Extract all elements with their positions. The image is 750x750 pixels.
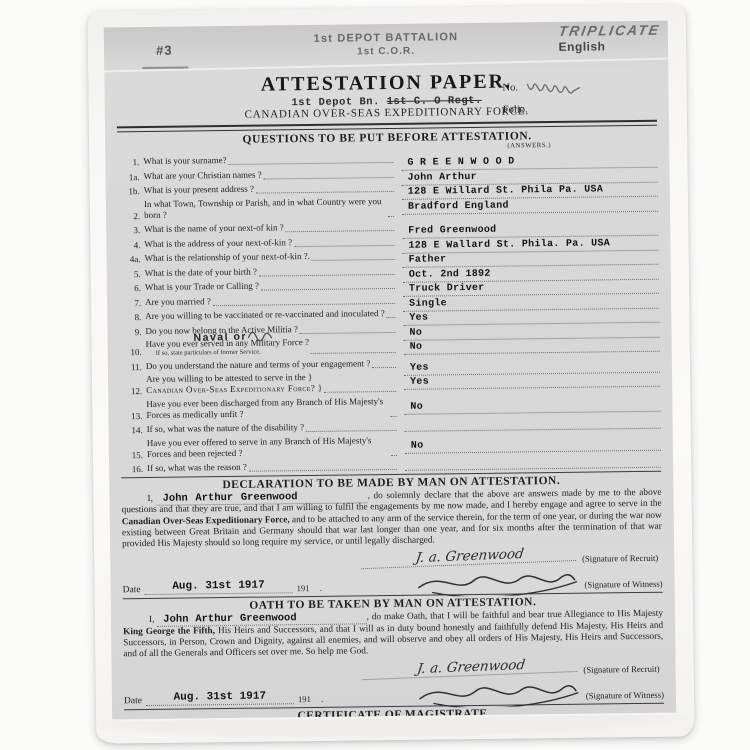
dotted-leader xyxy=(311,350,396,354)
answer-text: Bradford England xyxy=(408,200,509,212)
question-text: In what Town, Township or Parish, and in… xyxy=(144,196,386,221)
typed-date: Aug. 31st 1917 xyxy=(172,580,265,593)
question-number: 1. xyxy=(117,157,143,167)
question-number: 14. xyxy=(121,425,147,435)
dotted-leader xyxy=(391,452,397,455)
question-text-line: What is your surname? xyxy=(143,155,226,166)
question-text: Have you ever served in any Military For… xyxy=(146,337,310,357)
question-text: If so, what was the nature of the disabi… xyxy=(147,422,305,435)
dotted-leader xyxy=(286,228,395,232)
answer-field xyxy=(405,456,661,471)
question-text-line: Are you willing to be vaccinated or re-v… xyxy=(145,308,385,321)
question-text: What is your surname? xyxy=(143,155,226,167)
question-row: 12.Are you willing to be attested to ser… xyxy=(120,368,660,397)
question-text: Are you willing to be attested to serve … xyxy=(146,372,323,396)
question-row: 13.Have you ever been discharged from an… xyxy=(120,392,660,421)
question-text-line: What is the date of your birth ? xyxy=(145,266,257,277)
answer-text: No xyxy=(410,342,423,353)
number-line: No. xyxy=(502,79,652,95)
dotted-leader xyxy=(259,271,395,276)
question-number: 16. xyxy=(121,464,147,474)
question-number: 11. xyxy=(120,361,146,371)
question-text: Are you willing to be vaccinated or re-v… xyxy=(145,308,385,322)
declaration-paragraph: I, John Arthur Greenwood, do solemnly de… xyxy=(121,488,662,551)
question-text: What are your Christian names ? xyxy=(143,169,261,181)
date-field: Aug. 31st 1917 xyxy=(144,575,292,596)
date-label: Date xyxy=(123,586,141,596)
recruit-signature-label: (Signature of Recruit) xyxy=(583,663,659,674)
witness-signature xyxy=(410,567,580,597)
question-number: 5. xyxy=(119,269,145,279)
question-number: 9. xyxy=(119,326,145,336)
typed-date: Aug. 31st 1917 xyxy=(174,690,267,703)
language-stamp: English xyxy=(559,39,661,54)
dotted-leader xyxy=(306,428,397,432)
year-stub: 191 . xyxy=(298,694,323,704)
number-scribble xyxy=(524,79,594,94)
answer-text: No xyxy=(410,401,423,412)
answer-field: No xyxy=(405,431,661,453)
question-text: What is the name of your next-of kin ? xyxy=(144,222,284,235)
question-number: 4. xyxy=(118,240,144,250)
triplicate-stamp: TRIPLICATE xyxy=(557,22,661,39)
question-number: 15. xyxy=(121,449,147,459)
folio-label: Folio. xyxy=(503,103,653,116)
answer-field xyxy=(405,417,661,432)
dotted-leader xyxy=(256,189,394,194)
answer-field: No xyxy=(404,333,660,355)
question-text-line: What is your Trade or Calling ? xyxy=(145,281,259,292)
answer-field: No xyxy=(404,392,660,414)
header-stamps: #3 1st DEPOT BATTALION 1st C.O.R. TRIPLI… xyxy=(116,25,656,74)
dotted-leader xyxy=(264,174,394,179)
declaration-date-row: Date Aug. 31st 1917 191 . (Signature of … xyxy=(122,566,662,596)
question-number: 10. xyxy=(120,347,146,357)
question-text: What is the relationship of your next-of… xyxy=(145,251,311,264)
dotted-leader xyxy=(249,467,397,472)
question-number: 6. xyxy=(119,283,145,293)
pen-dash xyxy=(142,66,188,69)
witness-signature xyxy=(412,677,582,707)
question-number: 12. xyxy=(120,386,146,396)
question-text-line2: Canadian Over-Seas Expeditionary Force? … xyxy=(146,383,323,396)
question-text: Do you understand the nature and terms o… xyxy=(146,358,371,372)
question-number: 8. xyxy=(119,312,145,322)
dotted-leader xyxy=(213,300,395,305)
dotted-leader xyxy=(294,242,394,246)
question-text: Are you married ? xyxy=(145,296,211,308)
question-text: What is your present address ? xyxy=(144,184,254,196)
question-row: 2.In what Town, Township or Parish, and … xyxy=(118,192,658,221)
photo-scene: #3 1st DEPOT BATTALION 1st C.O.R. TRIPLI… xyxy=(0,0,750,750)
question-number: 1a. xyxy=(118,172,144,182)
question-text-line: What is the address of your next-of-kin … xyxy=(144,237,292,249)
question-text: What is the date of your birth ? xyxy=(145,266,257,278)
question-text-line: Are you willing to be attested to serve … xyxy=(146,372,312,384)
question-number: 1b. xyxy=(118,186,144,196)
question-text-line: Are you married ? xyxy=(145,296,211,307)
question-text-line: What is the name of your next-of kin ? xyxy=(144,222,284,234)
oath-body-bold: King George the Fifth, xyxy=(123,626,215,637)
witness-signature-area xyxy=(326,567,581,593)
recruit-signature-label: (Signature of Recruit) xyxy=(582,553,658,564)
question-number: 3. xyxy=(118,225,144,235)
dotted-leader xyxy=(229,160,394,165)
dotted-leader xyxy=(312,257,395,261)
questions-list: 1.What is your surname?G R E E N W O O D… xyxy=(117,149,661,475)
question-text-line: What is your present address ? xyxy=(144,184,254,195)
dotted-leader xyxy=(390,413,396,416)
question-text: What is your Trade or Calling ? xyxy=(145,281,259,293)
question-number: 4a. xyxy=(119,254,145,264)
oath-paragraph: I, John Arthur Greenwood, do make Oath, … xyxy=(123,609,664,661)
naval-or-stamp: Naval or xyxy=(193,329,275,344)
answer-field: Bradford England xyxy=(402,192,658,214)
oath-date-row: Date Aug. 31st 1917 191 . (Signature of … xyxy=(124,676,664,706)
dotted-leader xyxy=(261,286,395,291)
question-subtext: If so, state particulars of former Servi… xyxy=(156,348,310,357)
no-folio-block: No. Folio. xyxy=(502,79,652,116)
question-text-line: If so, what was the reason ? xyxy=(147,462,247,473)
question-number: 13. xyxy=(120,410,146,420)
answer-text: No xyxy=(411,440,424,451)
witness-signature-label: (Signature of Witness) xyxy=(586,689,664,700)
question-text: If so, what was the reason ? xyxy=(147,462,247,474)
date-label: Date xyxy=(124,696,142,706)
question-text-line: What is the relationship of your next-of… xyxy=(145,251,311,263)
naval-or-stamp-text: Naval or xyxy=(193,331,247,345)
witness-signature-area xyxy=(327,677,582,703)
date-field: Aug. 31st 1917 xyxy=(146,685,294,706)
question-text-line: In what Town, Township or Parish, and in… xyxy=(144,196,382,220)
answer-text: Yes xyxy=(410,377,429,388)
dotted-leader xyxy=(372,364,396,367)
question-row: 15.Have you ever offered to serve in any… xyxy=(121,431,661,460)
question-text-line: Have you ever offered to serve in any Br… xyxy=(147,435,372,459)
photocopy-page: #3 1st DEPOT BATTALION 1st C.O.R. TRIPLI… xyxy=(104,21,676,720)
dotted-leader xyxy=(387,315,396,318)
question-text: What is the address of your next-of-kin … xyxy=(144,237,292,250)
question-number: 7. xyxy=(119,297,145,307)
recruit-signature: J. a. Greenwood xyxy=(361,544,578,569)
question-text-line: If so, what was the nature of the disabi… xyxy=(147,422,305,434)
question-text: Have you ever offered to serve in any Br… xyxy=(147,435,389,460)
dotted-leader xyxy=(388,213,394,216)
no-label: No. xyxy=(502,82,518,93)
declaration-i-label: I, xyxy=(147,494,153,504)
dotted-leader xyxy=(325,389,397,393)
recruit-signature: J. a. Greenwood xyxy=(362,655,579,680)
question-text-line: Have you ever been discharged from any B… xyxy=(146,396,383,420)
document-paper: #3 1st DEPOT BATTALION 1st C.O.R. TRIPLI… xyxy=(88,4,695,743)
handwritten-mark xyxy=(247,330,275,343)
question-text: Have you ever been discharged from any B… xyxy=(146,396,388,421)
question-number: 2. xyxy=(118,211,144,221)
header-right-stamps: TRIPLICATE English xyxy=(558,22,660,54)
year-stub: 191 . xyxy=(296,583,321,593)
declaration-body-bold: Canadian Over-Seas Expeditionary Force, xyxy=(122,515,290,527)
witness-signature-label: (Signature of Witness) xyxy=(584,579,662,590)
dotted-leader xyxy=(300,329,396,333)
oath-i-label: I, xyxy=(149,615,155,625)
answer-field: Yes xyxy=(404,368,660,390)
question-text-line: Do you understand the nature and terms o… xyxy=(146,358,371,371)
question-text-line: What are your Christian names ? xyxy=(143,169,261,180)
